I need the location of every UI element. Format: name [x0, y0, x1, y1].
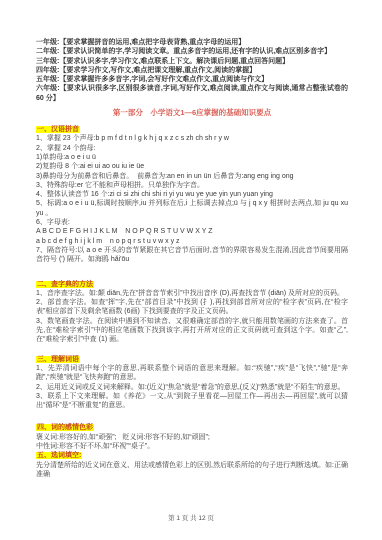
paragraph: 褒义词:形容好的,如“顽强”; 贬义词:形容不好的,如“顽固”;: [36, 433, 348, 442]
paragraph: 1、掌握 23 个声母:b p m f d t n l g k h j q x …: [36, 134, 348, 143]
paragraph: 5、标调:a o e i u ü,标调时按顺序,iu 并列标在后,i 上标调去掉…: [36, 199, 348, 218]
paragraph: 3、数笔画查字法。在阅读中遇到不知读音、又很难确定部首的字,就只能用数笔画的方法…: [36, 317, 348, 345]
alphabet-lowercase: a b c d e f g h i j k l m n o p q r s t …: [36, 237, 348, 246]
grade-requirement-line: 六年级:【要求认识很多字,区别很多读音,字词,写好作文,难点阅读,重点作文与阅读…: [36, 84, 348, 103]
paragraph: 先分清楚所给的近义词在意义、用法或感情色彩上的区别,然后联系所给的句子进行判断选…: [36, 461, 348, 480]
section-heading: 五、选词填空:: [36, 452, 82, 459]
paragraph: 6、字母表:: [36, 218, 348, 227]
section-heading-row: 一、汉语拼音: [36, 125, 348, 134]
paragraph: 3、联系上下文来理解。如《养花》一文,从“到院子里看花—回屋工作—再出去—再回屋…: [36, 392, 348, 411]
paragraph: 1)单韵母:a o e i u ü: [36, 153, 348, 162]
paragraph: 7、隔音符号:以 a o e 开头的音节紧跟在其它音节后面时,音节的界限容易发生…: [36, 246, 348, 265]
section-heading: 一、汉语拼音: [36, 126, 80, 133]
part-title: 第一部分 小学语文1—6应掌握的基础知识要点: [36, 108, 348, 118]
paragraph: 1、先弄清词语中每个字的意思,再联系整个词语的意思来理解。如:“疾驰”,“疾”是…: [36, 364, 348, 383]
alphabet-uppercase: A B C D E F G H I J K L M N O P Q R S T …: [36, 227, 348, 236]
grade-requirement-line: 二年级:【要求认识简单的字,学习阅读文章。重点多音字的运用,还有字的认识,难点区…: [36, 47, 348, 56]
section-hanyu-pinyin: 一、汉语拼音 1、掌握 23 个声母:b p m f d t n l g k h…: [36, 125, 348, 264]
grade-requirement-line: 四年级:【要求学习作文,写作文,难点把课文理解,重点作文,阅读的掌握】: [36, 66, 348, 75]
section-heading: 四、词的感情色彩: [36, 424, 94, 431]
paragraph: 2、部首查字法。如查“挥”字,先在“部首目录”中找到 (扌),再找到部首所对应的…: [36, 298, 348, 317]
section-word-connotation: 四、词的感情色彩 褒义词:形容好的,如“顽强”; 贬义词:形容不好的,如“顽固”…: [36, 423, 348, 451]
grade-requirement-line: 一年级:【要求掌握拼音的运用,难点把字母表背熟,重点字母的运用】: [36, 38, 348, 47]
section-heading-row: 五、选词填空:: [36, 451, 348, 460]
section-heading-row: 四、词的感情色彩: [36, 423, 348, 432]
paragraph: 4、整体认读音节 16 个:zi ci si zhi chi shi ri yi…: [36, 190, 348, 199]
section-fill-in-words: 五、选词填空: 先分清楚所给的近义词在意义、用法或感情色彩上的区别,然后联系所给…: [36, 451, 348, 479]
section-understand-words: 三、理解词语 1、先弄清词语中每个字的意思,再联系整个词语的意思来理解。如:“疾…: [36, 355, 348, 411]
section-heading: 三、理解词语: [36, 356, 80, 363]
paragraph: 2、运用近义词或反义词来解释。如:(近义)“焦急”就是“着急”的意思,(反义)“…: [36, 383, 348, 392]
grade-requirement-line: 三年级:【要求认识多字,学习作文,难点联系上下文。解决课后问题,重点回答问题】: [36, 57, 348, 66]
document-page: 一年级:【要求掌握拼音的运用,难点把字母表背熟,重点字母的运用】 二年级:【要求…: [0, 0, 382, 540]
paragraph: 中性词:形容不好不坏,如“环视”“桌子”。: [36, 442, 348, 451]
section-heading-row: 二、查字典的方法: [36, 280, 348, 289]
section-heading-row: 三、理解词语: [36, 355, 348, 364]
page-number: 第 1 页 共 12 页: [168, 515, 214, 522]
section-dictionary-methods: 二、查字典的方法 1、音序查字法。如:颠 diān,先在“拼音音节索引”中找出音…: [36, 280, 348, 345]
section-heading: 二、查字典的方法: [36, 281, 94, 288]
grade-requirements-block: 一年级:【要求掌握拼音的运用,难点把字母表背熟,重点字母的运用】 二年级:【要求…: [36, 38, 348, 103]
paragraph: 3)鼻韵母分为前鼻音和后鼻音。 前鼻音为:an en in un ün 后鼻音为…: [36, 172, 348, 181]
paragraph: 3、特殊韵母:er 它不能和声母相拼。只单独作为字音。: [36, 181, 348, 190]
page-footer: 第 1 页 共 12 页: [0, 514, 382, 523]
paragraph: 1、音序查字法。如:颠 diān,先在“拼音音节索引”中找出音序 (D),再查找…: [36, 289, 348, 298]
paragraph: 2)复韵母 8 个:ai ei ui ao ou iu ie üe: [36, 162, 348, 171]
grade-requirement-line: 五年级:【要求掌握许多多音字,字词,会写好作文难点作文,重点阅读与作文】: [36, 75, 348, 84]
paragraph: 2、掌握 24 个韵母:: [36, 144, 348, 153]
